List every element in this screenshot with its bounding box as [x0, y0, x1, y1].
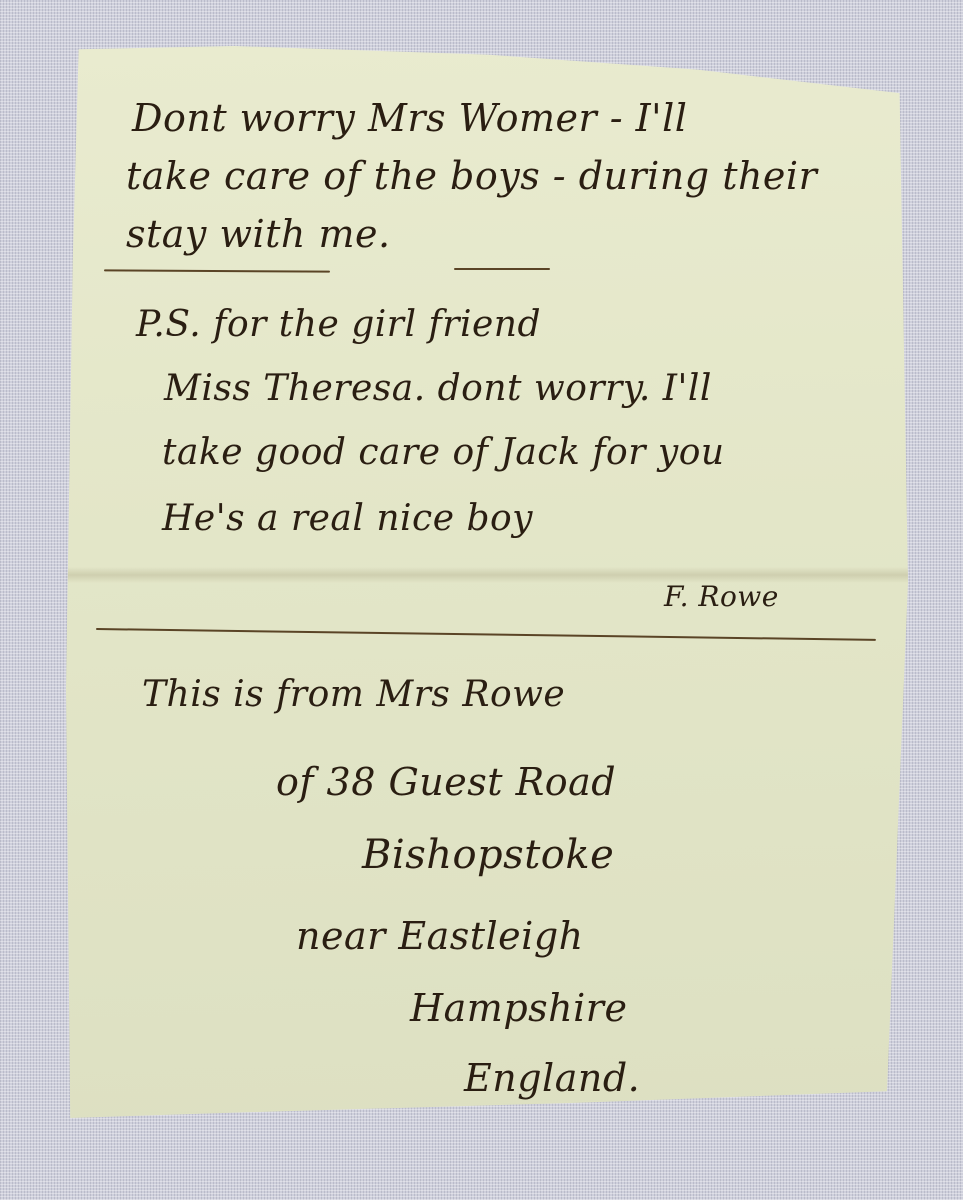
- postscript-line-1: P.S. for the girl friend: [136, 304, 541, 345]
- letter-paper: Dont worry Mrs Womer - I'll take care of…: [66, 46, 908, 1118]
- message-line-2: take care of the boys - during their: [126, 154, 817, 198]
- sender-address-street: of 38 Guest Road: [276, 760, 616, 804]
- sender-address-town: Bishopstoke: [362, 832, 614, 878]
- message-line-1: Dont worry Mrs Womer - I'll: [132, 96, 687, 140]
- sender-address-near: near Eastleigh: [296, 914, 584, 958]
- postscript-line-2: Miss Theresa. dont worry. I'll: [164, 368, 712, 409]
- country-underline: [476, 1114, 586, 1116]
- sender-address-county: Hampshire: [410, 986, 627, 1030]
- divider-line-short-right: [454, 268, 550, 270]
- fold-crease: [66, 567, 908, 583]
- sender-line-1: This is from Mrs Rowe: [142, 674, 565, 715]
- postscript-line-3: take good care of Jack for you: [162, 432, 725, 473]
- message-line-3: stay with me.: [126, 212, 391, 256]
- sender-address-country: England.: [464, 1056, 640, 1100]
- signature: F. Rowe: [664, 580, 779, 613]
- divider-line-short-left: [104, 269, 330, 272]
- divider-line-long: [96, 628, 876, 641]
- postscript-line-4: He's a real nice boy: [162, 498, 533, 539]
